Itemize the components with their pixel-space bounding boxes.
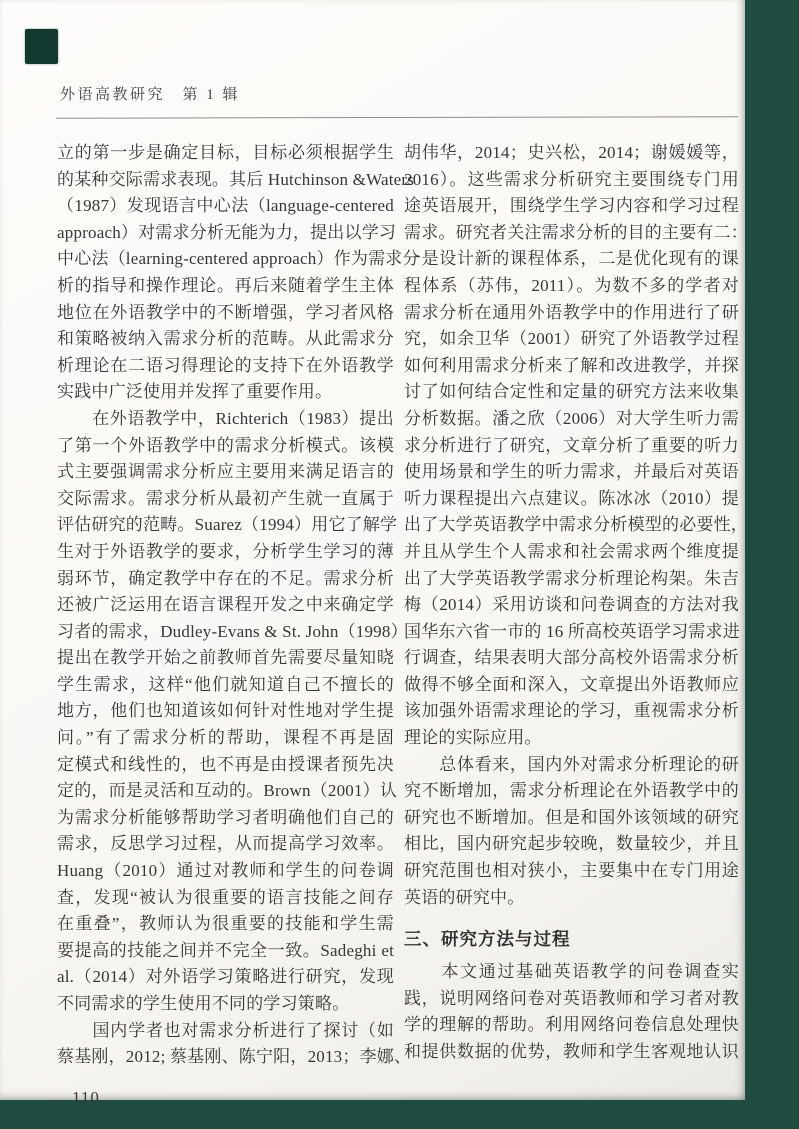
text-line: 问。”有了需求分析的帮助，课程不再是固	[57, 725, 394, 752]
text-line: 需求。研究者关注需求分析的目的主要有二：	[404, 220, 739, 247]
text-line: 究不断增加，需求分析理论在外语教学中的	[404, 778, 739, 805]
text-line: 查，发现“被认为很重要的语言技能之间存	[57, 885, 394, 912]
text-line: 评估研究的范畴。Suarez（1994）用它了解学	[57, 512, 394, 539]
text-line: 析的指导和操作理论。再后来随着学生主体	[57, 273, 394, 300]
text-line: 该加强外语需求理论的学习，重视需求分析	[404, 698, 739, 725]
text-line: 地位在外语教学中的不断增强，学习者风格	[57, 300, 394, 327]
left-text-column: 立的第一步是确定目标，目标必须根据学生的某种交际需求表现。其后 Hutchins…	[57, 140, 394, 1071]
text-line: 使用场景和学生的听力需求，并最后对英语	[404, 459, 739, 486]
text-line: 弱环节，确定教学中存在的不足。需求分析	[57, 566, 394, 593]
scanned-page: 外语高教研究 第 1 辑 立的第一步是确定目标，目标必须根据学生的某种交际需求表…	[0, 0, 745, 1100]
text-line: 理论的实际应用。	[404, 725, 739, 752]
right-column-bottom: 本文通过基础英语教学的问卷调查实践，说明网络问卷对英语教师和学习者对教学的理解的…	[404, 959, 739, 1065]
section-heading: 三、研究方法与过程	[404, 924, 739, 954]
text-line: 在外语教学中，Richterich（1983）提出	[57, 406, 394, 433]
text-line: （1987）发现语言中心法（language-centered	[57, 193, 394, 220]
text-line: approach）对需求分析无能为力，提出以学习	[57, 220, 394, 247]
text-line: 不同需求的学生使用不同的学习策略。	[57, 991, 394, 1018]
text-line: 究，如余卫华（2001）研究了外语教学过程	[404, 326, 739, 353]
text-line: 需求分析在通用外语教学中的作用进行了研	[404, 300, 739, 327]
text-line: 胡伟华，2014；史兴松，2014；谢媛媛等，	[404, 140, 739, 167]
text-line: 学的理解的帮助。利用网络问卷信息处理快	[404, 1012, 739, 1039]
text-line: 梅（2014）采用访谈和问卷调查的方法对我	[404, 592, 739, 619]
text-line: 和策略被纳入需求分析的范畴。从此需求分	[57, 326, 394, 353]
text-line: 需求，反思学习过程，从而提高学习效率。	[57, 831, 394, 858]
text-line: 和提供数据的优势，教师和学生客观地认识	[404, 1039, 739, 1066]
text-line: 了第一个外语教学中的需求分析模式。该模	[57, 433, 394, 460]
text-line: 本文通过基础英语教学的问卷调查实	[404, 959, 739, 986]
text-line: 践，说明网络问卷对英语教师和学习者对教	[404, 986, 739, 1013]
text-line: 定的，而是灵活和互动的。Brown（2001）认	[57, 778, 394, 805]
right-column-top: 胡伟华，2014；史兴松，2014；谢媛媛等，2016）。这些需求分析研究主要围…	[404, 140, 739, 911]
text-line: 析理论在二语习得理论的支持下在外语教学	[57, 353, 394, 380]
text-line: 听力课程提出六点建议。陈冰冰（2010）提	[404, 486, 739, 513]
text-line: 英语的研究中。	[404, 885, 739, 912]
text-line: 做得不够全面和深入，文章提出外语教师应	[404, 672, 739, 699]
right-text-column: 胡伟华，2014；史兴松，2014；谢媛媛等，2016）。这些需求分析研究主要围…	[404, 140, 739, 1066]
text-line: 地方，他们也知道该如何针对性地对学生提	[57, 698, 394, 725]
text-line: al.（2014）对外语学习策略进行研究，发现	[57, 964, 394, 991]
journal-header: 外语高教研究 第 1 辑	[60, 83, 240, 104]
text-line: 研究也不断增加。但是和国外该领域的研究	[404, 805, 739, 832]
text-line: 分析数据。潘之欣（2006）对大学生听力需	[404, 406, 739, 433]
text-line: 式主要强调需求分析应主要用来满足语言的	[57, 459, 394, 486]
text-line: 要提高的技能之间并不完全一致。Sadeghi et	[57, 938, 394, 965]
text-line: 学生需求，这样“他们就知道自己不擅长的	[57, 672, 394, 699]
header-rule	[56, 116, 738, 119]
text-line: 出了大学英语教学中需求分析模型的必要性，	[404, 512, 739, 539]
text-line: 定模式和线性的，也不再是由授课者预先决	[57, 752, 394, 779]
text-line: 国华东六省一市的 16 所高校英语学习需求进	[404, 619, 739, 646]
corner-mark	[25, 29, 58, 64]
text-line: 研究范围也相对狭小，主要集中在专门用途	[404, 858, 739, 885]
scan-canvas: 外语高教研究 第 1 辑 立的第一步是确定目标，目标必须根据学生的某种交际需求表…	[0, 0, 799, 1129]
text-line: 中心法（learning-centered approach）作为需求分	[57, 246, 394, 273]
text-line: 并且从学生个人需求和社会需求两个维度提	[404, 539, 739, 566]
text-line: 2016）。这些需求分析研究主要围绕专门用	[404, 167, 739, 194]
text-line: 交际需求。需求分析从最初产生就一直属于	[57, 486, 394, 513]
text-line: 讨了如何结合定性和定量的研究方法来收集	[404, 379, 739, 406]
text-line: 为需求分析能够帮助学习者明确他们自己的	[57, 805, 394, 832]
text-line: 还被广泛运用在语言课程开发之中来确定学	[57, 592, 394, 619]
text-line: 行调查，结果表明大部分高校外语需求分析	[404, 645, 739, 672]
text-line: 生对于外语教学的要求，分析学生学习的薄	[57, 539, 394, 566]
text-line: 如何利用需求分析来了解和改进教学，并探	[404, 353, 739, 380]
text-line: 的某种交际需求表现。其后 Hutchinson &Waters	[57, 167, 394, 194]
text-line: 相比，国内研究起步较晚，数量较少，并且	[404, 831, 739, 858]
text-line: 立的第一步是确定目标，目标必须根据学生	[57, 140, 394, 167]
text-line: Huang（2010）通过对教师和学生的问卷调	[57, 858, 394, 885]
text-line: 程体系（苏伟，2011）。为数不多的学者对	[404, 273, 739, 300]
text-line: 蔡基刚，2012; 蔡基刚、陈宁阳，2013；李娜、	[57, 1044, 394, 1071]
text-line: 一是设计新的课程体系，二是优化现有的课	[404, 246, 739, 273]
page-number: 110	[72, 1088, 100, 1108]
text-line: 出了大学英语教学需求分析理论构架。朱吉	[404, 566, 739, 593]
text-line: 习者的需求，Dudley-Evans & St. John（1998）	[57, 619, 394, 646]
text-line: 求分析进行了研究，文章分析了重要的听力	[404, 433, 739, 460]
text-line: 提出在教学开始之前教师首先需要尽量知晓	[57, 645, 394, 672]
text-line: 途英语展开，围绕学生学习内容和学习过程	[404, 193, 739, 220]
text-line: 实践中广泛使用并发挥了重要作用。	[57, 379, 394, 406]
text-line: 总体看来，国内外对需求分析理论的研	[404, 752, 739, 779]
text-line: 在重叠”，教师认为很重要的技能和学生需	[57, 911, 394, 938]
text-line: 国内学者也对需求分析进行了探讨（如	[57, 1018, 394, 1045]
